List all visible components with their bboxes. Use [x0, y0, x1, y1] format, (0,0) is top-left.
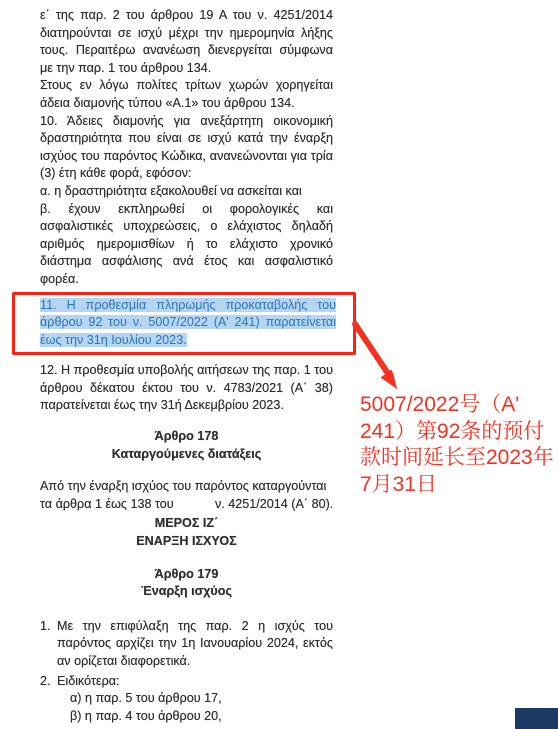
list-item-2: 2. Ειδικότερα: — [40, 673, 333, 691]
note-line-2: 241）第92条的预付 — [360, 419, 556, 446]
heading-article-178: Άρθρο 178 — [40, 428, 333, 446]
heading-article-179-title: Έναρξη ισχύος — [40, 583, 333, 601]
heading-part-iz-title: ΕΝΑΡΞΗ ΙΣΧΥΟΣ — [40, 533, 333, 551]
paragraph-12: 12. Η προθεσμία υποβολής αιτήσεων της πα… — [40, 362, 333, 415]
list-subitem-a: α) η παρ. 5 του άρθρου 17, — [70, 690, 333, 708]
note-line-3: 款时间延长至2023年 — [360, 445, 556, 472]
highlighted-paragraph-11: 11. Η προθεσμία πληρωμής προκαταβολής το… — [40, 298, 336, 347]
paragraph-10b: β. έχουν εκπληρωθεί οι φορολογικές και α… — [40, 201, 333, 289]
repeal-paragraph-line2: τα άρθρα 1 έως 138 του ν. 4251/2014 (Α΄ … — [40, 496, 333, 514]
document-page: ε΄ της παρ. 2 του άρθρου 19 Α του ν. 425… — [40, 7, 333, 725]
paragraph-10: 10. Άδειες διαμονής για ανεξάρτητη οικον… — [40, 113, 333, 183]
paragraph-10a: α. η δραστηριότητα εξακολουθεί να ασκείτ… — [40, 183, 333, 201]
paragraph-third-country: Στους εν λόγω πολίτες τρίτων χωρών χορηγ… — [40, 77, 333, 112]
heading-article-179: Άρθρο 179 — [40, 566, 333, 584]
red-annotation-box: 11. Η προθεσμία πληρωμής προκαταβολής το… — [12, 292, 356, 356]
numbered-list: 1. Με την επιφύλαξη της παρ. 2 η ισχύς τ… — [40, 618, 333, 726]
list-item-1: 1. Με την επιφύλαξη της παρ. 2 η ισχύς τ… — [40, 618, 333, 671]
heading-part-iz: ΜΕΡΟΣ ΙΖ΄ — [40, 515, 333, 533]
note-line-1: 5007/2022号（A' — [360, 392, 556, 419]
list-item-1-text: Με την επιφύλαξη της παρ. 2 η ισχύς του … — [57, 618, 333, 671]
paragraph-e: ε΄ της παρ. 2 του άρθρου 19 Α του ν. 425… — [40, 7, 333, 77]
list-item-1-number: 1. — [40, 618, 57, 671]
repeal-paragraph-line1: Από την έναρξη ισχύος του παρόντος καταρ… — [40, 478, 333, 496]
corner-watermark — [515, 708, 558, 729]
heading-article-178-title: Καταργούμενες διατάξεις — [40, 446, 333, 464]
list-subitem-b: β) η παρ. 4 του άρθρου 20, — [70, 708, 333, 726]
note-line-4: 7月31日 — [360, 472, 556, 499]
chinese-annotation-note: 5007/2022号（A' 241）第92条的预付 款时间延长至2023年 7月… — [360, 392, 556, 498]
list-item-2-number: 2. — [40, 673, 57, 691]
list-item-2-text: Ειδικότερα: — [57, 673, 333, 691]
